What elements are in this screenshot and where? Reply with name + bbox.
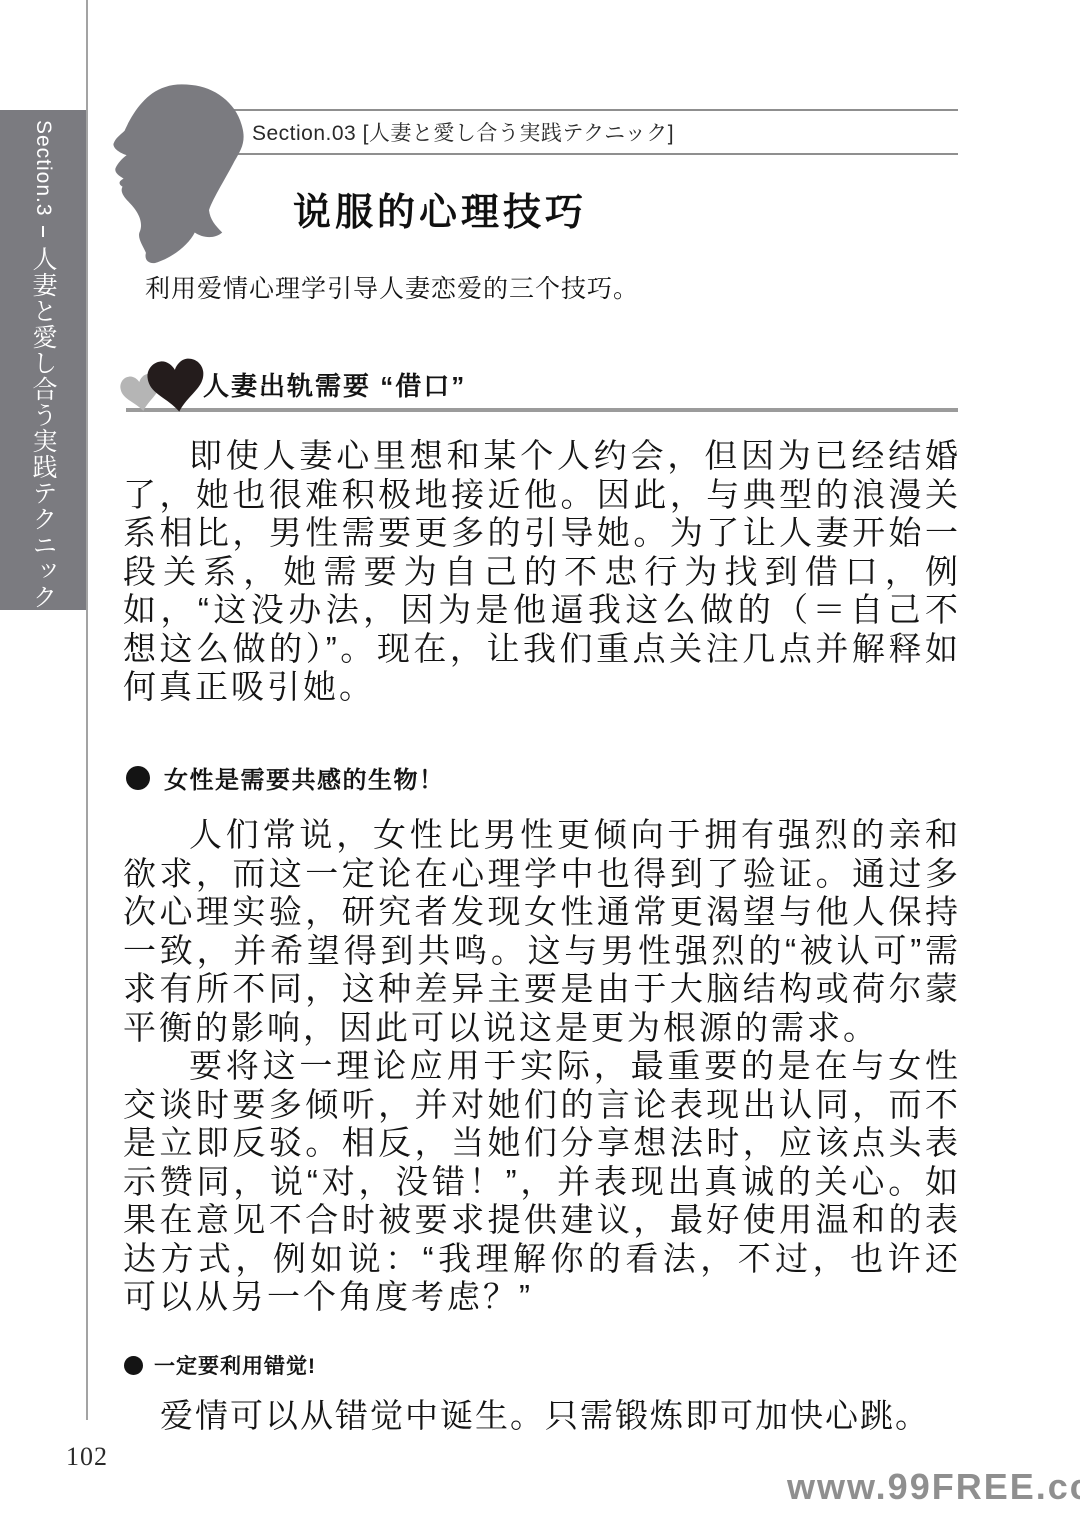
bullet-heading-empathy: 女性是需要共感的生物！ (126, 760, 445, 795)
lead-paragraph-block: 即使人妻心里想和某个人约会，但因为已经结婚了，她也很难积极地接近他。因此，与典型… (123, 437, 961, 707)
bullet-dot-icon (124, 1356, 143, 1375)
page-subtitle: 利用爱情心理学引导人妻恋爱的三个技巧。 (145, 269, 639, 305)
woman-profile-silhouette-icon (112, 84, 246, 264)
watermark-text: www.99FREE.cc (787, 1466, 1080, 1508)
bullet-heading-empathy-label: 女性是需要共感的生物！ (164, 760, 445, 795)
sidebar-vertical-rule (86, 0, 88, 1420)
page-title: 说服的心理技巧 (293, 181, 587, 236)
dark-heart-icon (146, 357, 207, 414)
sidebar-divider (42, 226, 44, 237)
double-heart-icon (116, 356, 210, 416)
closing-line: 爱情可以从错觉中诞生。只需锻炼即可加快心跳。 (123, 1390, 985, 1437)
book-page: { "colors": { "sidebar_gray": "#7b7b80",… (0, 0, 1080, 1532)
sidebar-section-tab: Section.3 人妻と愛し合う実践テクニック (0, 110, 86, 610)
sidebar-series-title: 人妻と愛し合う実践テクニック (25, 246, 61, 610)
bullet-heading-illusion-label: 一定要利用错觉! (154, 1350, 316, 1380)
body-paragraph-1: 人们常说，女性比男性更倾向于拥有强烈的亲和欲求，而这一定论在心理学中也得到了验证… (123, 816, 961, 1047)
lead-paragraph: 即使人妻心里想和某个人约会，但因为已经结婚了，她也很难积极地接近他。因此，与典型… (123, 437, 961, 707)
body-paragraph-block: 人们常说，女性比男性更倾向于拥有强烈的亲和欲求，而这一定论在心理学中也得到了验证… (123, 816, 961, 1317)
bullet-dot-icon (126, 766, 150, 790)
lead-section-heading: 人妻出轨需要 “借口” (203, 366, 466, 403)
section-kicker-text: Section.03 [人妻と愛し合う実践テクニック] (252, 117, 674, 147)
section-kicker-band: Section.03 [人妻と愛し合う実践テクニック] (222, 109, 958, 155)
page-number: 102 (66, 1442, 108, 1472)
lead-heading-underline (126, 408, 958, 412)
bullet-heading-illusion: 一定要利用错觉! (124, 1350, 316, 1380)
sidebar-section-label: Section.3 (31, 120, 55, 217)
body-paragraph-2: 要将这一理论应用于实际，最重要的是在与女性交谈时要多倾听，并对她们的言论表现出认… (123, 1047, 961, 1317)
